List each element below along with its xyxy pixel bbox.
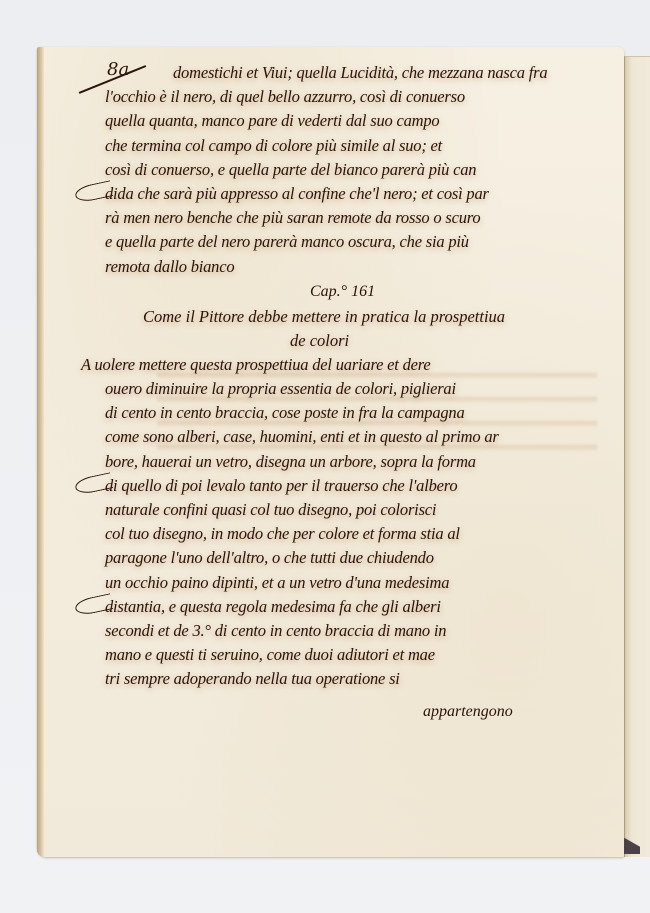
chapter-number: Cap.° 161 (105, 279, 610, 305)
text-line-content: dida che sarà più appresso al confine ch… (105, 184, 489, 203)
catchword: appartengono (105, 700, 610, 724)
manuscript-text: domestichi et Viui; quella Lucidità, che… (105, 61, 610, 724)
text-line: dida che sarà più appresso al confine ch… (105, 182, 610, 206)
text-line: un occhio paino dipinti, et a un vetro d… (105, 571, 610, 595)
text-line: paragone l'uno dell'altro, o che tutti d… (105, 546, 610, 570)
text-line: e quella parte del nero parerà manco osc… (105, 230, 610, 254)
text-line: A uolere mettere questa prospettiua del … (81, 353, 610, 377)
text-line-content: di quello di poi levalo tanto per il tra… (105, 476, 457, 495)
text-line: naturale confini quasi col tuo disegno, … (105, 498, 610, 522)
text-line: col tuo disegno, in modo che per colore … (105, 522, 610, 546)
text-line: come sono alberi, case, huomini, enti et… (105, 425, 610, 449)
facing-page-edge (624, 56, 650, 857)
text-line: quella quanta, manco pare di vederti dal… (105, 109, 610, 133)
text-line: l'occhio è il nero, di quel bello azzurr… (105, 85, 610, 109)
text-line: tri sempre adoperando nella tua operatio… (105, 667, 610, 691)
text-line: ouero diminuire la propria essentia de c… (105, 377, 610, 401)
text-line: rà men nero benche che più saran remote … (105, 206, 610, 230)
chapter-heading-line-1: Come il Pittore debbe mettere in pratica… (105, 305, 610, 329)
text-line: remota dallo bianco (105, 255, 610, 279)
text-line: domestichi et Viui; quella Lucidità, che… (105, 61, 610, 85)
text-line: secondi et de 3.° di cento in cento brac… (105, 619, 610, 643)
page-edge (37, 47, 44, 857)
text-line: bore, hauerai un vetro, disegna un arbor… (105, 450, 610, 474)
text-line: così di conuerso, e quella parte del bia… (105, 158, 610, 182)
text-line: di quello di poi levalo tanto per il tra… (105, 474, 610, 498)
text-line: di cento in cento braccia, cose poste in… (105, 401, 610, 425)
text-line-content: distantia, e questa regola medesima fa c… (105, 597, 441, 616)
chapter-heading-line-2: de colori (105, 329, 610, 353)
text-line: mano e questi ti seruino, come duoi adiu… (105, 643, 610, 667)
text-line: che termina col campo di colore più simi… (105, 134, 610, 158)
text-line: distantia, e questa regola medesima fa c… (105, 595, 610, 619)
manuscript-page: 8a domestichi et Viui; quella Lucidità, … (37, 47, 624, 857)
